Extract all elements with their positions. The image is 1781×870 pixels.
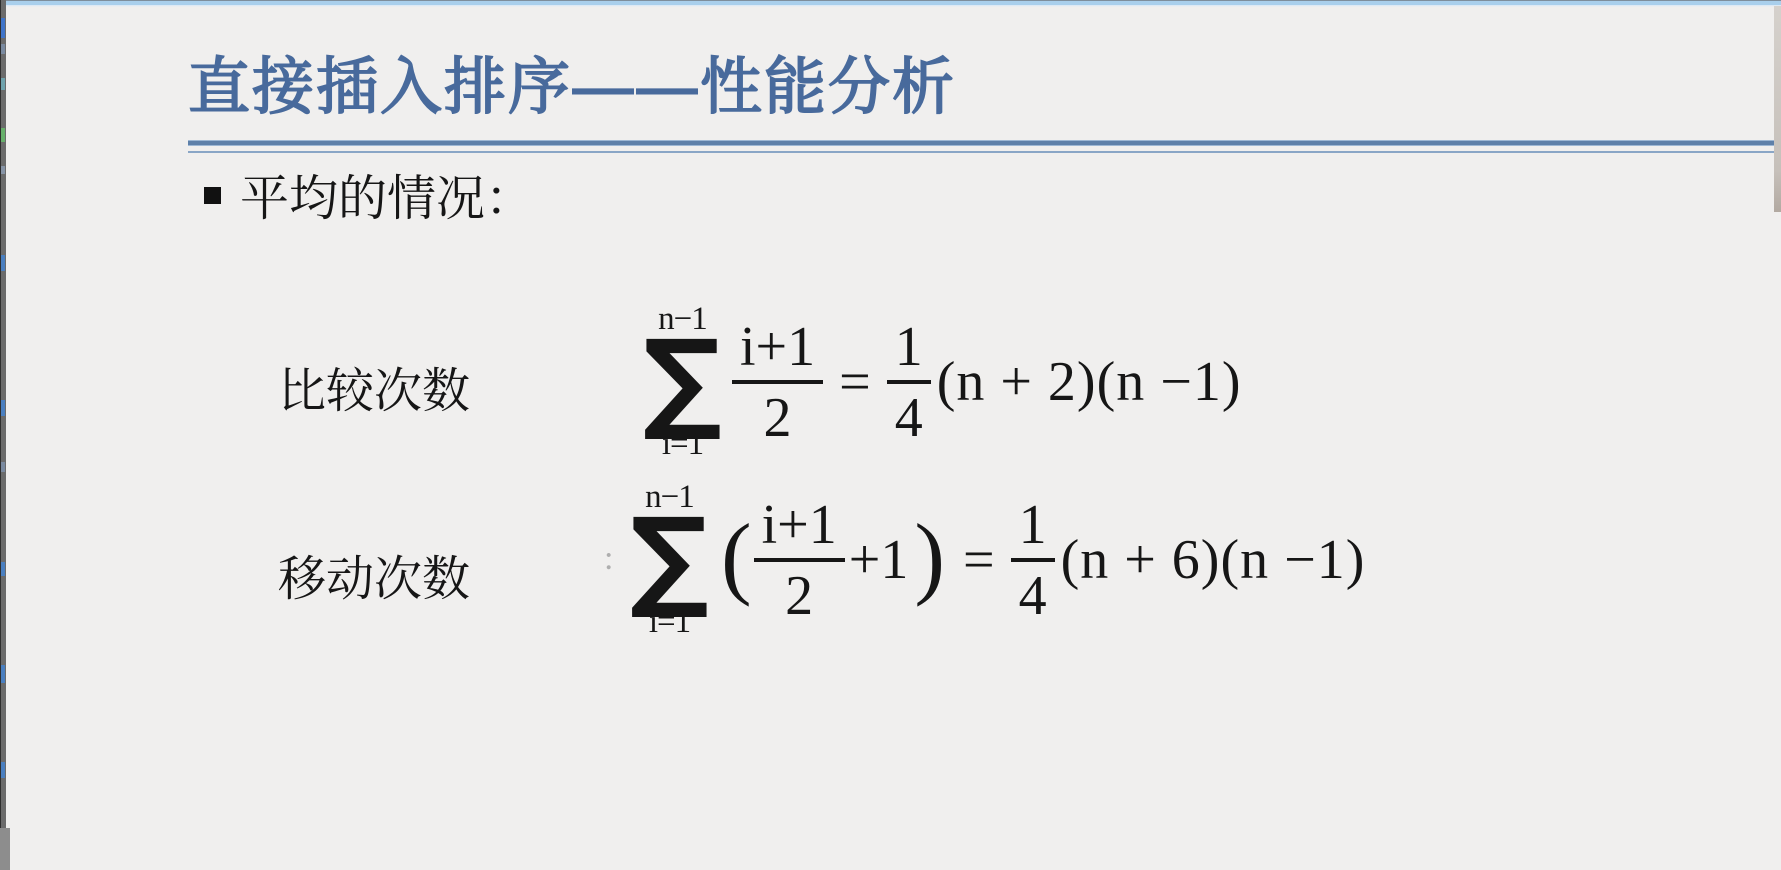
window-fragment (1, 665, 5, 683)
result-expression: (n + 6)(n −1) (1061, 528, 1366, 592)
fraction-denominator: 2 (732, 380, 823, 446)
summation-symbol: n−1 ∑ i=1 (630, 481, 709, 639)
coefficient-numerator: 1 (887, 319, 931, 380)
equals-sign: = (839, 350, 871, 414)
formula-moves: n−1 ∑ i=1 ( i+1 2 +1 ) = 1 4 (n + 6)(n −… (630, 485, 1365, 635)
sigma-icon: ∑ (643, 338, 722, 424)
row-label-comparisons: 比较次数 (278, 352, 470, 421)
plus-one-term: +1 (849, 528, 909, 592)
window-top-edge (0, 0, 1781, 7)
open-paren: ( (721, 510, 752, 602)
window-fragment (1, 762, 5, 778)
window-fragment (1, 128, 5, 142)
window-fragment (1, 18, 5, 38)
coefficient-numerator: 1 (1011, 497, 1055, 558)
window-corner-fragment (0, 828, 10, 870)
fraction-term: i+1 2 (754, 497, 845, 624)
window-fragment (1, 462, 5, 472)
window-fragment (1, 400, 5, 416)
fraction-numerator: i+1 (732, 319, 823, 380)
coefficient-denominator: 4 (887, 380, 931, 446)
coefficient-fraction: 1 4 (1011, 497, 1055, 624)
formula-comparisons: n−1 ∑ i=1 i+1 2 = 1 4 (n + 2)(n −1) (643, 307, 1241, 457)
sigma-icon: ∑ (630, 516, 709, 602)
coefficient-fraction: 1 4 (887, 319, 931, 446)
fraction-numerator: i+1 (754, 497, 845, 558)
sum-lower-limit: i=1 (649, 606, 690, 639)
bullet-marker (204, 187, 221, 204)
row-label-moves: 移动次数 (278, 540, 470, 609)
slide-title: 直接插入排序——性能分析 (188, 46, 956, 130)
equals-sign: = (963, 528, 995, 592)
bullet-text: 平均的情况： (240, 160, 534, 230)
title-underline-thin (188, 151, 1781, 153)
window-fragment (1, 78, 5, 90)
close-paren: ) (914, 510, 945, 602)
fraction-term: i+1 2 (732, 319, 823, 446)
fraction-denominator: 2 (754, 558, 845, 624)
slide-viewport: 直接插入排序——性能分析 平均的情况： 比较次数 n−1 ∑ i=1 i+1 2… (0, 0, 1781, 870)
scrollbar-remnant (1774, 6, 1781, 212)
window-fragment (1, 44, 5, 54)
window-fragment (1, 166, 5, 174)
title-underline-thick (188, 141, 1781, 145)
window-left-edge (0, 0, 6, 870)
result-expression: (n + 2)(n −1) (937, 350, 1242, 414)
window-fragment (1, 562, 5, 576)
sum-lower-limit: i=1 (662, 428, 703, 461)
window-fragment (1, 255, 5, 271)
faint-colon-artifact: : (604, 540, 613, 578)
summation-symbol: n−1 ∑ i=1 (643, 303, 722, 461)
coefficient-denominator: 4 (1011, 558, 1055, 624)
